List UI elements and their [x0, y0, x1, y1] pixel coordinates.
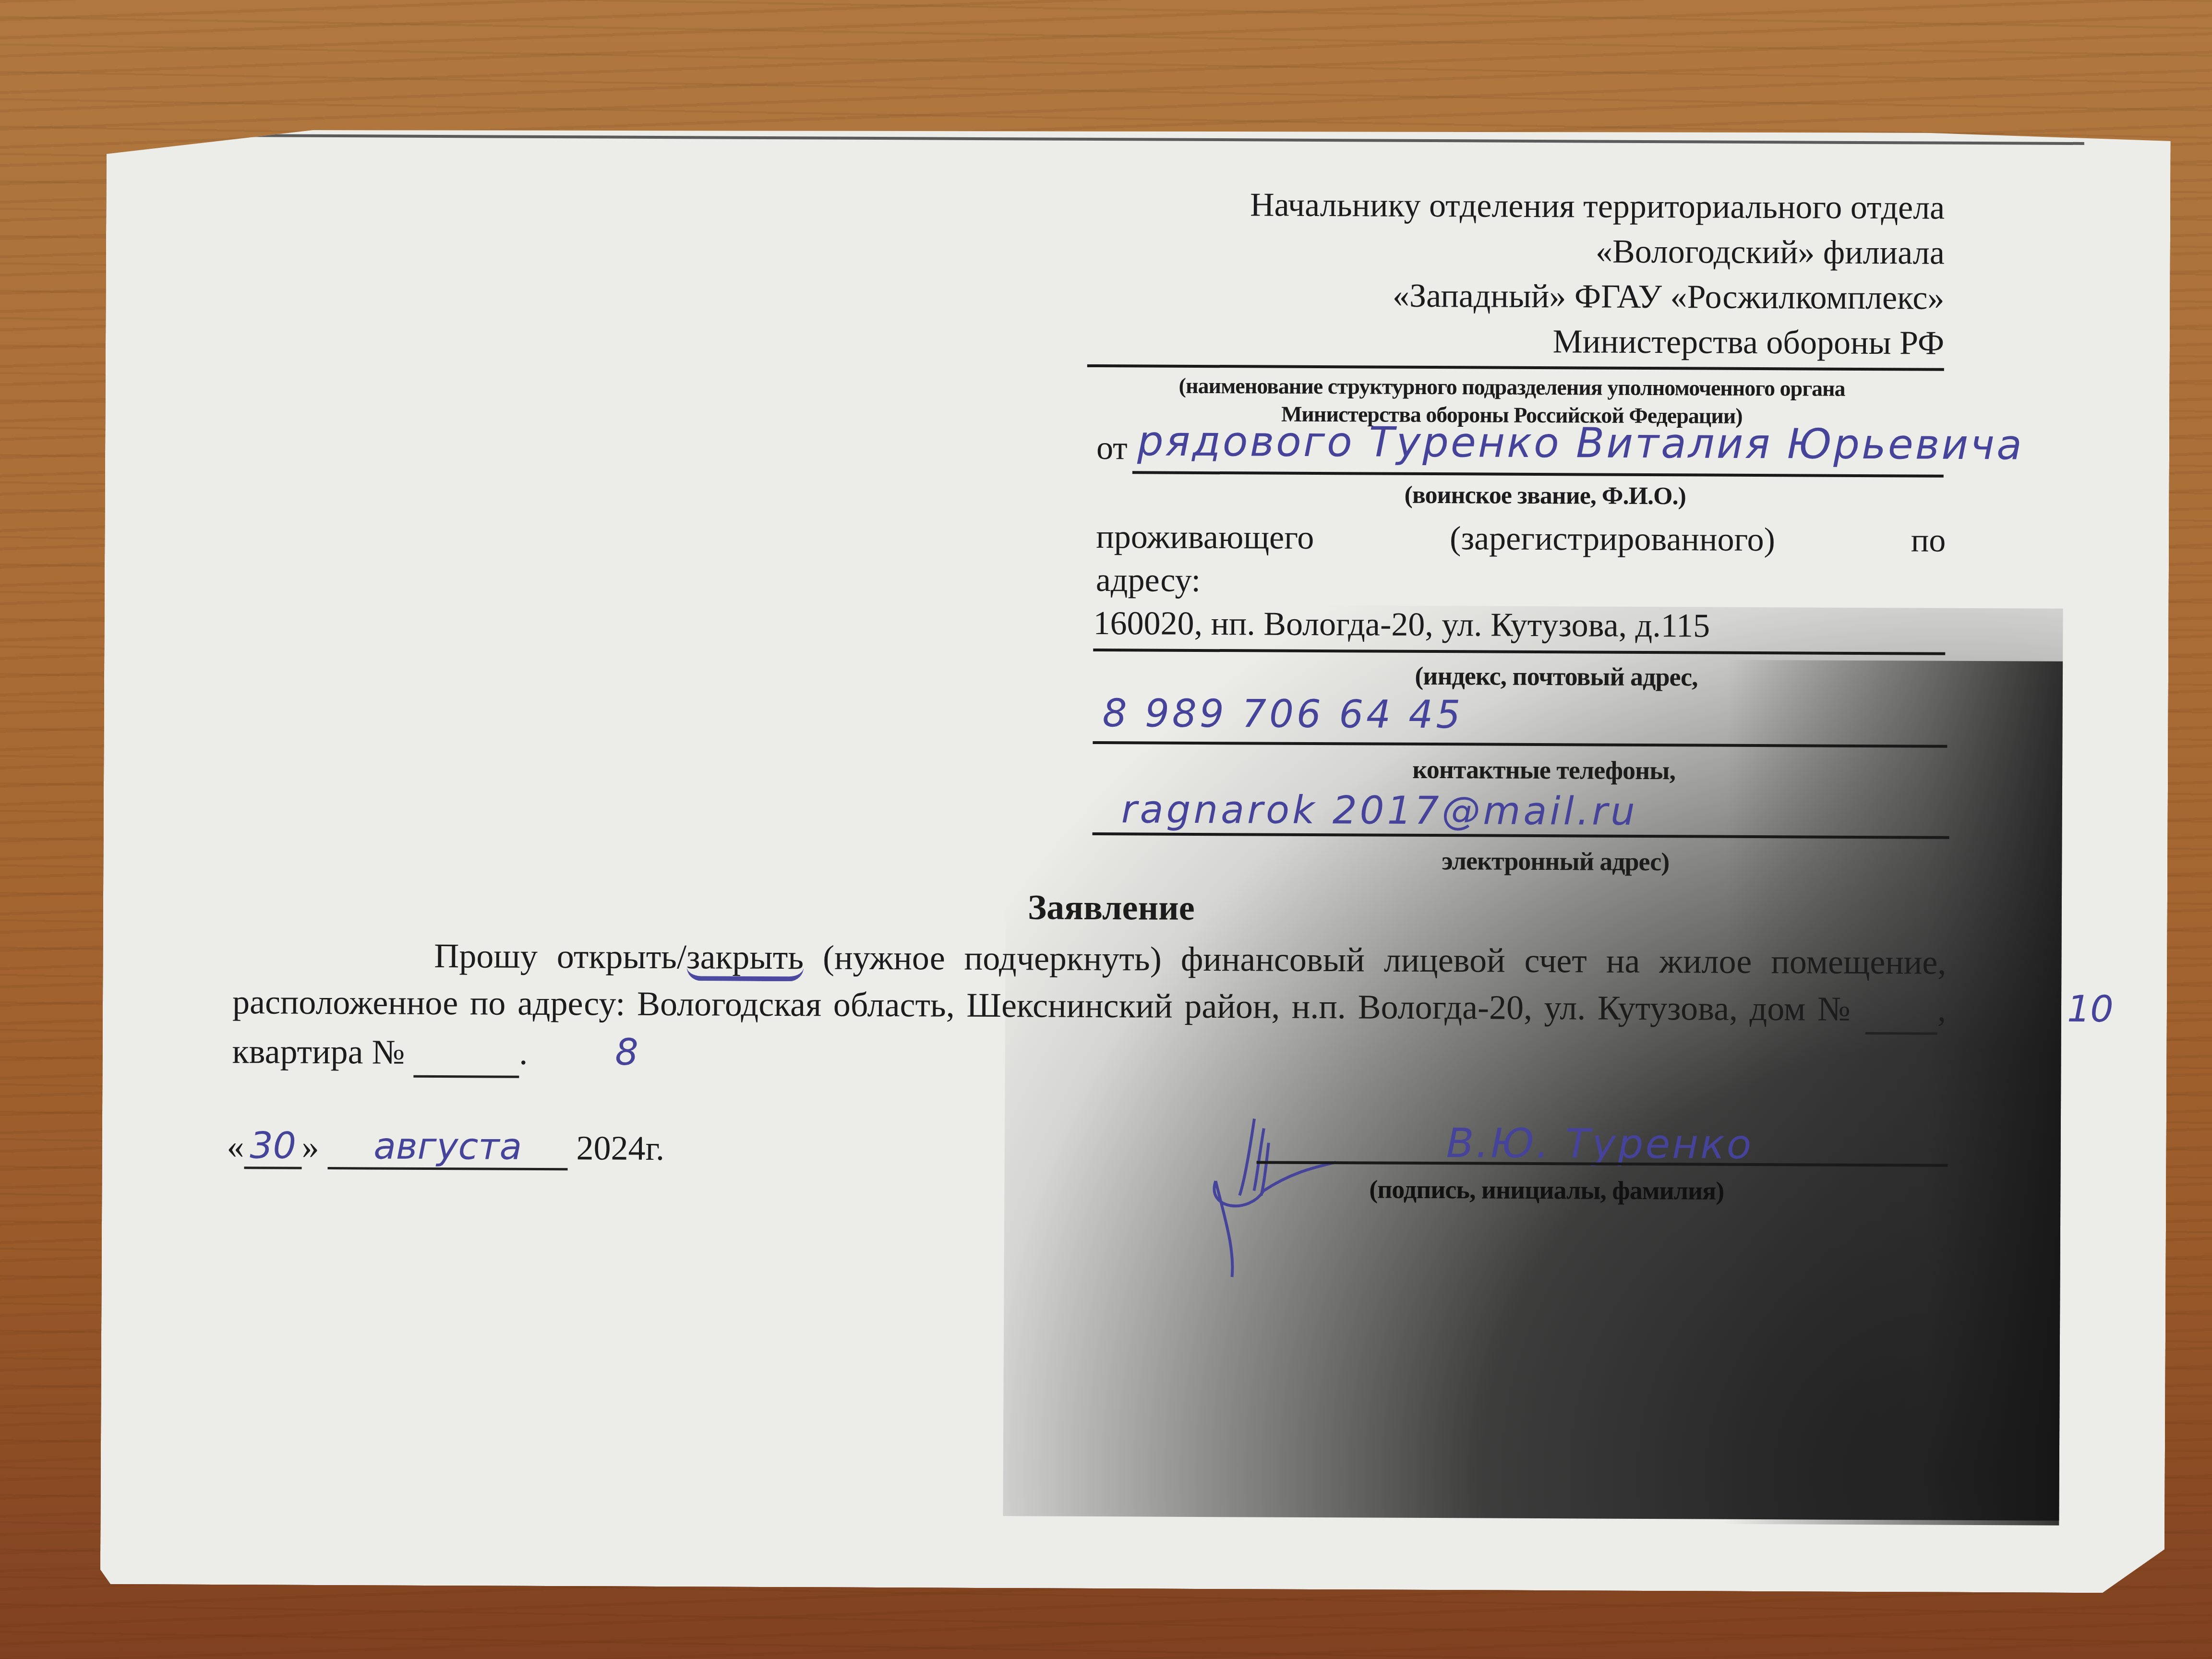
residence-word-2: (зарегистрированного) — [1450, 519, 1775, 559]
apartment-number-handwritten: 8 — [615, 1031, 638, 1073]
apartment-number-field: 8 — [413, 1028, 519, 1078]
signature-caption: (подпись, инициалы, фамилия) — [1369, 1174, 1724, 1205]
phone-handwritten: 8 989 706 64 45 — [1102, 691, 1463, 737]
sender-name-caption: (воинское звание, Ф.И.О.) — [1305, 481, 1785, 511]
recipient-line-4: Министерства обороны РФ — [1080, 317, 1944, 366]
email-handwritten: ragnarok 2017@mail.ru — [1121, 787, 1638, 834]
document-title: Заявление — [967, 887, 1255, 929]
address-caption: (индекс, почтовый адрес, — [1304, 661, 1808, 693]
date-month-handwritten: августа — [373, 1124, 522, 1167]
phone-caption: контактные телефоны, — [1280, 754, 1808, 786]
date-year: 2024г. — [577, 1129, 665, 1167]
house-number-field: 10 — [1865, 985, 1937, 1035]
recipient-block: Начальнику отделения территориального от… — [1080, 182, 1945, 366]
statement-underlined-choice: закрыть — [686, 938, 804, 981]
from-label: от — [1096, 429, 1128, 468]
email-rule — [1093, 832, 1949, 839]
recipient-line-1: Начальнику отделения территориального от… — [1081, 182, 1945, 231]
sender-name-handwritten: рядового Туренко Виталия Юрьевича — [1137, 417, 2024, 469]
sender-name-rule — [1132, 471, 1944, 477]
recipient-caption-line-1: (наименование структурного подразделения… — [1080, 372, 1944, 403]
residence-word-1: проживающего — [1096, 518, 1314, 557]
end-punct: . — [519, 1034, 528, 1072]
recipient-line-3: «Западный» ФГАУ «Росжилкомплекс» — [1080, 272, 1944, 321]
date-day-field: 30 — [244, 1124, 302, 1169]
residence-line: проживающего (зарегистрированного) по — [1096, 518, 1946, 560]
signature-scribble-icon — [1196, 1114, 1341, 1282]
date-quote-open: « — [227, 1127, 244, 1166]
statement-body: Прошу открыть/закрыть (нужное подчеркнут… — [232, 932, 1946, 1084]
house-number-handwritten: 10 — [2067, 987, 2114, 1030]
signature-handwritten: В.Ю. Туренко — [1446, 1119, 1754, 1168]
statement-text-1: Прошу открыть/ — [434, 937, 686, 976]
top-edge-toner-line — [116, 133, 2084, 145]
residence-word-3: по — [1911, 521, 1946, 560]
address-label: адресу: — [1096, 561, 1201, 600]
address-value: 160020, нп. Вологда-20, ул. Кутузова, д.… — [1093, 604, 1710, 646]
date-day-handwritten: 30 — [250, 1124, 296, 1166]
date-quote-close: » — [302, 1128, 319, 1166]
date-month-field: августа — [328, 1124, 568, 1170]
address-rule — [1093, 649, 1945, 655]
email-caption: электронный адрес) — [1279, 845, 1831, 878]
document-paper: Начальнику отделения территориального от… — [100, 125, 2171, 1593]
photocopy-edge-shadow — [1723, 660, 2063, 1526]
recipient-line-2: «Вологодский» филиала — [1081, 227, 1945, 276]
date-line: «30» августа 2024г. — [227, 1124, 665, 1171]
phone-rule — [1093, 741, 1947, 748]
